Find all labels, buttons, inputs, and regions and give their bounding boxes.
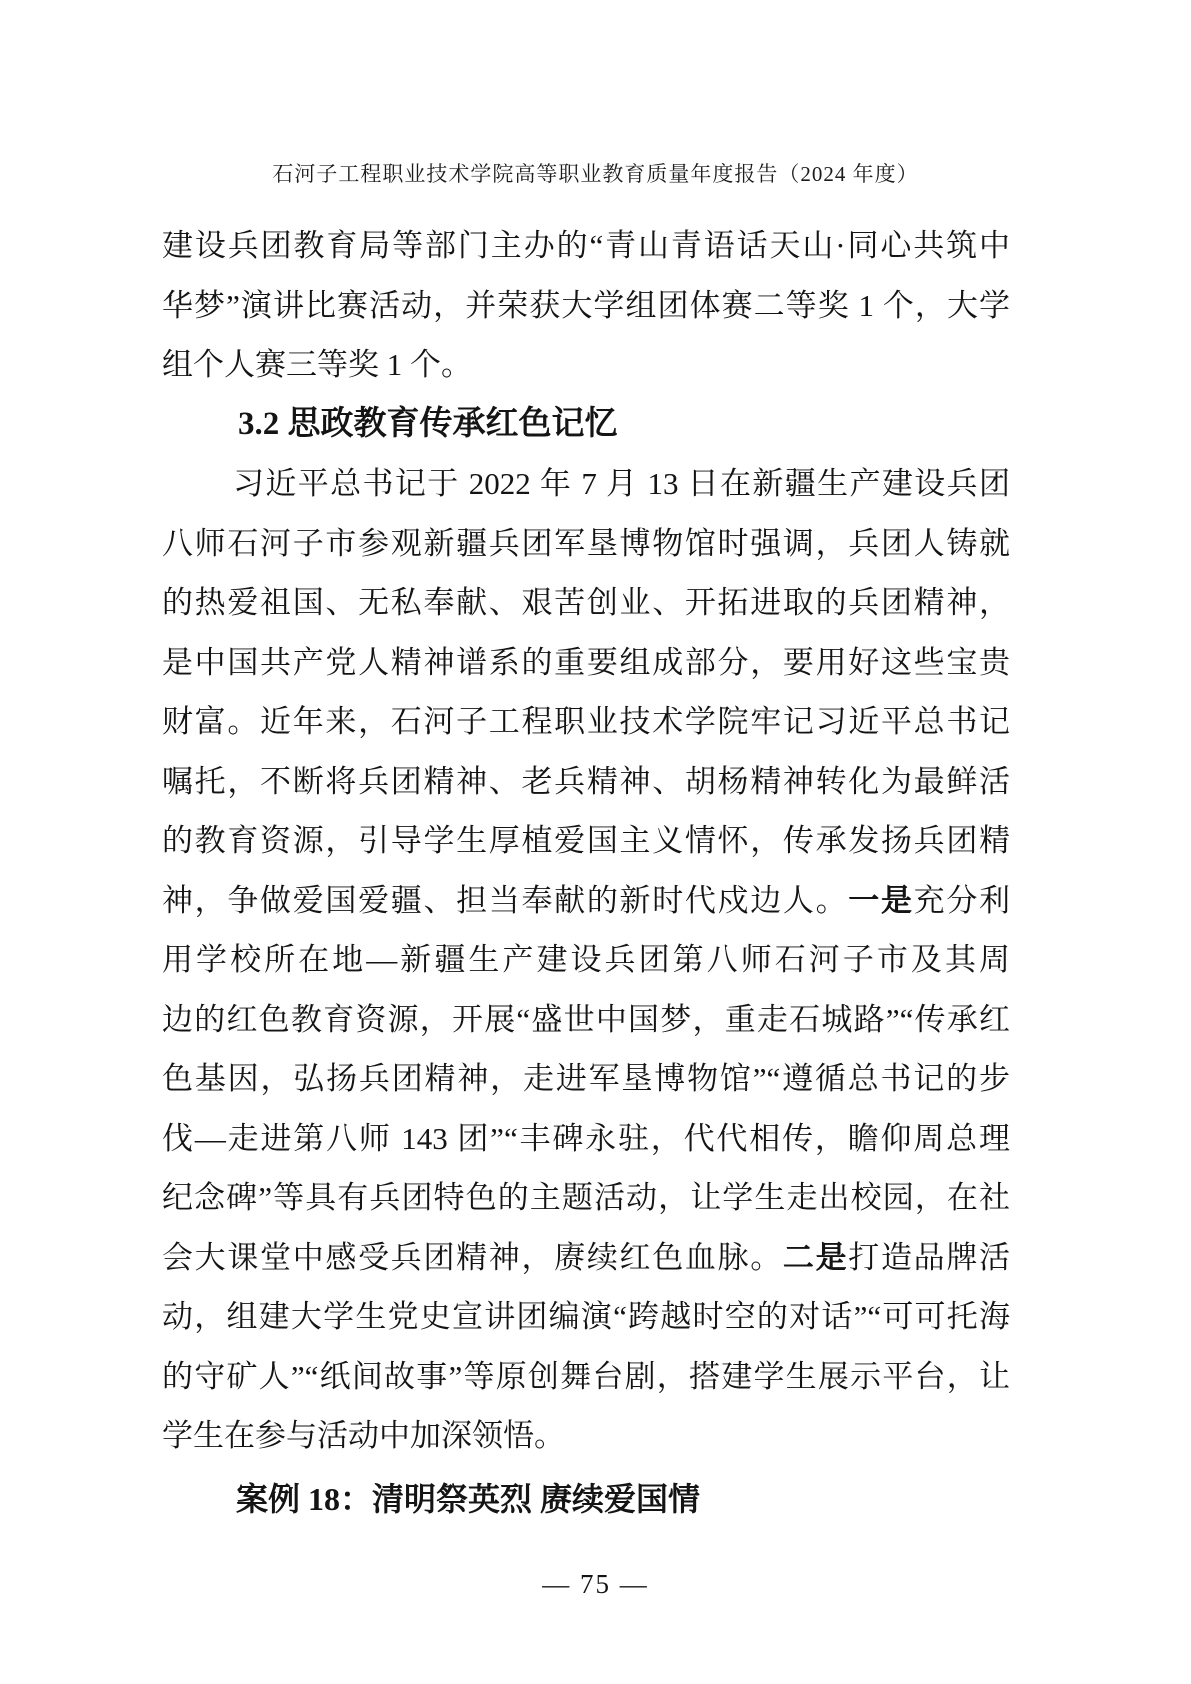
body-line: 学生在参与活动中加深领悟。 [162,1406,1010,1466]
body-line: 建设兵团教育局等部门主办的“青山青语话天山·同心共筑中 [162,216,1010,276]
body-text: 会大课堂中感受兵团精神，赓续红色血脉。 [162,1240,783,1275]
body-line: 神，争做爱国爱疆、担当奉献的新时代戍边人。一是充分利 [162,871,1010,931]
body-line: 用学校所在地—新疆生产建设兵团第八师石河子市及其周 [162,930,1010,990]
body-text: 充分利 [914,883,1010,918]
section-heading: 3.2 思政教育传承红色记忆 [162,395,1010,455]
body-line: 纪念碑”等具有兵团特色的主题活动，让学生走出校园，在社 [162,1168,1010,1228]
body-line: 组个人赛三等奖 1 个。 [162,335,1010,395]
body-line: 动，组建大学生党史宣讲团编演“跨越时空的对话”“可可托海 [162,1287,1010,1347]
body-line: 是中国共产党人精神谱系的重要组成部分，要用好这些宝贵 [162,633,1010,693]
body-line: 伐—走进第八师 143 团”“丰碑永驻，代代相传，瞻仰周总理 [162,1109,1010,1169]
body-line: 八师石河子市参观新疆兵团军垦博物馆时强调，兵团人铸就 [162,514,1010,574]
body-line: 华梦”演讲比赛活动，并荣获大学组团体赛二等奖 1 个，大学 [162,276,1010,336]
emphasis-text: 二是 [783,1240,848,1275]
body-line: 嘱托，不断将兵团精神、老兵精神、胡杨精神转化为最鲜活 [162,752,1010,812]
body-line: 的热爱祖国、无私奉献、艰苦创业、开拓进取的兵团精神， [162,573,1010,633]
body-line: 的教育资源，引导学生厚植爱国主义情怀，传承发扬兵团精 [162,811,1010,871]
body-line: 财富。近年来，石河子工程职业技术学院牢记习近平总书记 [162,692,1010,752]
body-text: 神，争做爱国爱疆、担当奉献的新时代戍边人。 [162,883,848,918]
page-body: 建设兵团教育局等部门主办的“青山青语话天山·同心共筑中 华梦”演讲比赛活动，并荣… [162,216,1010,1529]
body-text: 打造品牌活 [848,1240,1010,1275]
case-heading: 案例 18：清明祭英烈 赓续爱国情 [162,1470,1010,1530]
body-line: 边的红色教育资源，开展“盛世中国梦，重走石城路”“传承红 [162,990,1010,1050]
emphasis-text: 一是 [848,883,913,918]
running-header: 石河子工程职业技术学院高等职业教育质量年度报告（2024 年度） [0,161,1191,187]
body-line: 色基因，弘扬兵团精神，走进军垦博物馆”“遵循总书记的步 [162,1049,1010,1109]
body-line: 会大课堂中感受兵团精神，赓续红色血脉。二是打造品牌活 [162,1228,1010,1288]
document-page: 石河子工程职业技术学院高等职业教育质量年度报告（2024 年度） 建设兵团教育局… [0,0,1191,1684]
page-number: — 75 — [0,1568,1191,1600]
body-line: 习近平总书记于 2022 年 7 月 13 日在新疆生产建设兵团 [162,454,1010,514]
body-line: 的守矿人”“纸间故事”等原创舞台剧，搭建学生展示平台，让 [162,1347,1010,1407]
